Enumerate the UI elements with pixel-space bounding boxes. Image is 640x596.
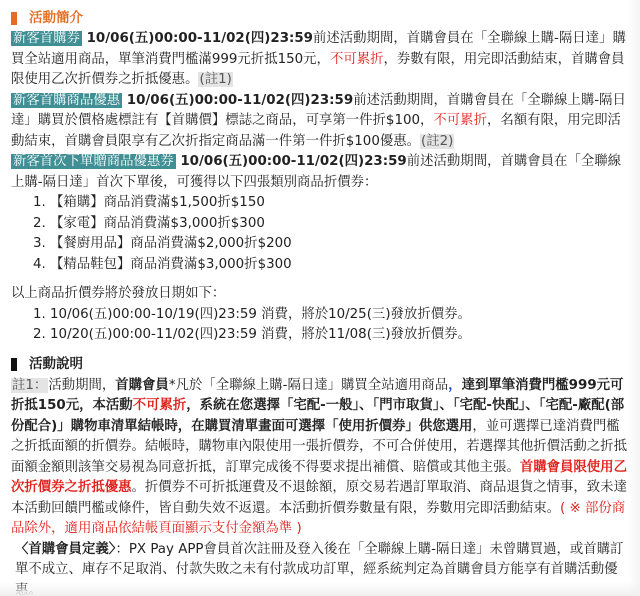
no-stacking-warning: 不可累折 bbox=[133, 398, 187, 413]
no-stacking-warning: 不可累折 bbox=[330, 52, 384, 67]
coupon-item: 2. 【家電】商品消費滿$3,000折$300 bbox=[33, 214, 628, 235]
issue-intro: 以上商品折價券將於發放日期如下： bbox=[11, 284, 628, 305]
section-title-intro: 活動簡介 bbox=[11, 8, 628, 28]
bottom-fade bbox=[0, 582, 640, 596]
note-1-paragraph: 註1：活動期間，首購會員*凡於「全聯線上購-隔日達」購買全站適用商品，達到單筆消… bbox=[11, 376, 628, 540]
footnote-link-2[interactable]: (註2) bbox=[420, 134, 454, 149]
promo-period: 10/06(五)00:00-11/02(四)23:59 bbox=[122, 93, 353, 108]
footnote-link-1[interactable]: (註1) bbox=[198, 72, 232, 87]
coupon-list: 1. 【箱購】商品消費滿$1,500折$150 2. 【家電】商品消費滿$3,0… bbox=[11, 193, 628, 275]
section-title-details: 活動說明 bbox=[11, 355, 628, 375]
promo-first-purchase-product: 新客首購商品優惠 10/06(五)00:00-11/02(四)23:59前述活動… bbox=[11, 91, 628, 153]
issue-date-list: 1. 10/06(五)00:00-10/19(四)23:59 消費，將於10/2… bbox=[11, 305, 628, 346]
promo-document: 活動簡介 新客首購券 10/06(五)00:00-11/02(四)23:59前述… bbox=[0, 0, 628, 596]
no-stacking-warning: 不可累折 bbox=[433, 113, 487, 128]
promo-first-purchase-coupon: 新客首購券 10/06(五)00:00-11/02(四)23:59前述活動期間，… bbox=[11, 29, 628, 91]
coupon-item: 3. 【餐廚用品】商品消費滿$2,000折$200 bbox=[33, 234, 628, 255]
issue-date-item: 1. 10/06(五)00:00-10/19(四)23:59 消費，將於10/2… bbox=[33, 305, 628, 326]
section-bar-icon bbox=[11, 358, 17, 371]
promo-tag: 新客首購券 bbox=[11, 31, 82, 46]
coupon-item: 4. 【精品鞋包】商品消費滿$3,000折$300 bbox=[33, 255, 628, 276]
promo-period: 10/06(五)00:00-11/02(四)23:59 bbox=[176, 154, 407, 169]
scroll-edge bbox=[628, 0, 640, 596]
promo-period: 10/06(五)00:00-11/02(四)23:59 bbox=[82, 31, 313, 46]
issue-date-item: 2. 10/20(五)00:00-11/02(四)23:59 消費，將於11/0… bbox=[33, 325, 628, 346]
promo-tag: 新客首購商品優惠 bbox=[11, 93, 122, 108]
coupon-item: 1. 【箱購】商品消費滿$1,500折$150 bbox=[33, 193, 628, 214]
definition-label: 〈首購會員定義〉 bbox=[15, 542, 115, 557]
promo-tag: 新客首次下單贈商品優惠券 bbox=[11, 154, 176, 169]
note-1-label: 註1： bbox=[11, 378, 48, 393]
promo-first-order-gift-coupon: 新客首次下單贈商品優惠券 10/06(五)00:00-11/02(四)23:59… bbox=[11, 152, 628, 193]
section-bar-icon bbox=[11, 12, 17, 25]
